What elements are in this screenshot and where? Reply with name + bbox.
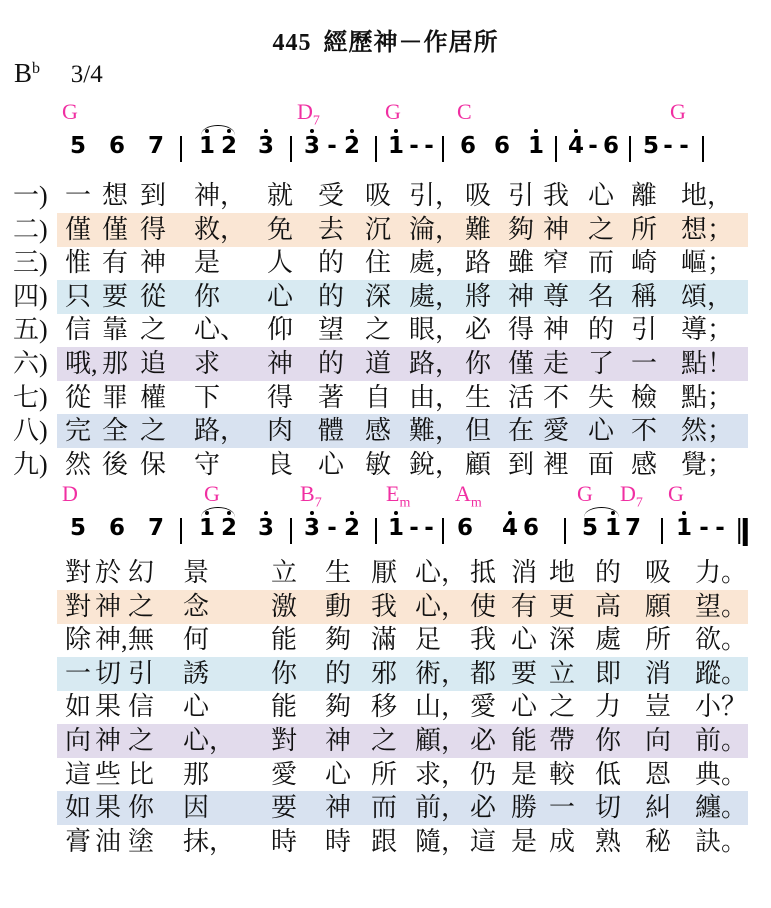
verse-number: 四): [13, 283, 48, 311]
syllable: 這: [470, 828, 496, 856]
syllable: 切: [95, 660, 121, 688]
barline: [442, 136, 444, 162]
syllable: 神，: [194, 182, 246, 210]
syllable: 在: [508, 417, 534, 445]
syllable: 不: [631, 417, 657, 445]
syllable: 的: [325, 660, 351, 688]
syllable: 吸: [365, 182, 391, 210]
syllable: 蹤。: [695, 660, 747, 688]
syllable: 膏: [65, 828, 91, 856]
lyric-line: 膏油塗抹，時時跟隨，這是成熟秘訣。: [0, 825, 771, 859]
syllable: 愛: [470, 693, 496, 721]
syllable: 但: [465, 417, 491, 445]
syllable: 是: [511, 828, 537, 856]
syllable: 顧: [465, 451, 491, 479]
lyric-line: 六)哦,那追求神的道路，你僅走了一點！: [0, 347, 771, 381]
duration-dash: -: [409, 516, 419, 540]
chord-label: D: [62, 482, 78, 506]
syllable: 走: [543, 350, 569, 378]
barline: [555, 136, 557, 162]
syllable: 之: [140, 316, 166, 344]
syllable: 的: [318, 350, 344, 378]
syllable: 對: [271, 727, 297, 755]
syllable: 離: [631, 182, 657, 210]
syllable: 向: [65, 727, 91, 755]
lyric-line: 對神之念激動我心，使有更高願望。: [0, 590, 771, 624]
note-digit: 1: [605, 516, 621, 540]
syllable: 能: [271, 626, 297, 654]
syllable: 神,: [95, 626, 128, 654]
syllable: 心: [511, 626, 537, 654]
syllable: 免: [267, 216, 293, 244]
syllable: 保: [140, 451, 166, 479]
syllable: 生: [465, 384, 491, 412]
note-digit: 1: [388, 516, 404, 540]
syllable: 地，: [681, 182, 733, 210]
syllable: 尊: [543, 283, 569, 311]
note-digit: 2: [221, 134, 237, 158]
syllable: 靠: [102, 316, 128, 344]
syllable: 小？: [695, 693, 747, 721]
syllable: 術，: [415, 660, 467, 688]
syllable: 心: [318, 451, 344, 479]
syllable: 山，: [415, 693, 467, 721]
duration-dash: -: [699, 516, 709, 540]
syllable: 帶: [549, 727, 575, 755]
syllable: 想: [102, 182, 128, 210]
syllable: 路: [465, 249, 491, 277]
music-line-2: DGB7EmAmGD7G5671233-21--6465171--: [0, 482, 771, 560]
verse-number: 六): [13, 350, 48, 378]
chord-label: D7: [620, 482, 643, 508]
syllable: 前。: [695, 727, 747, 755]
syllable: 滿: [371, 626, 397, 654]
syllable: 崎: [631, 249, 657, 277]
syllable: 這: [65, 761, 91, 789]
syllable: 的: [318, 283, 344, 311]
note-digit: 5: [643, 134, 659, 158]
syllable: 是: [511, 761, 537, 789]
syllable: 的: [318, 249, 344, 277]
syllable: 處: [595, 626, 621, 654]
syllable: 要: [511, 660, 537, 688]
syllable: 僅: [508, 350, 534, 378]
note-digit: 1: [528, 134, 544, 158]
syllable: 更: [549, 593, 575, 621]
key-letter: Bb: [14, 58, 40, 88]
syllable: 吸: [645, 559, 671, 587]
syllable: 望: [318, 316, 344, 344]
syllable: 神: [140, 249, 166, 277]
syllable: 必: [465, 316, 491, 344]
syllable: 只: [65, 283, 91, 311]
note-digit: 2: [344, 516, 360, 540]
syllable: 心: [588, 417, 614, 445]
syllable: 成: [549, 828, 575, 856]
chord-label: B7: [300, 482, 322, 508]
music-line-1: GD7GCG5671233-21--6614-65--: [0, 100, 771, 178]
syllable: 厭: [371, 559, 397, 587]
syllable: 念: [183, 593, 209, 621]
syllable: 要: [102, 283, 128, 311]
note-digit: 3: [304, 134, 320, 158]
syllable: 下: [194, 384, 220, 412]
syllable: 神: [543, 216, 569, 244]
syllable: 然；: [681, 417, 733, 445]
slur-arc: [584, 507, 619, 517]
syllable: 求，: [415, 761, 467, 789]
syllable: 神: [508, 283, 534, 311]
syllable: 纏。: [695, 794, 747, 822]
syllable: 引，: [409, 182, 461, 210]
syllable: 吸: [465, 182, 491, 210]
duration-dash: -: [327, 134, 337, 158]
syllable: 難，: [409, 417, 461, 445]
note-digit: 6: [457, 516, 473, 540]
final-barline-thick: [743, 518, 748, 546]
octave-dot: [508, 511, 512, 515]
syllable: 心: [325, 761, 351, 789]
barline: [180, 136, 182, 162]
syllable: 了: [588, 350, 614, 378]
note-digit: 6: [494, 134, 510, 158]
syllable: 而: [371, 794, 397, 822]
syllable: 裡: [543, 451, 569, 479]
hymn-number: 445: [273, 30, 312, 56]
syllable: 名: [588, 283, 614, 311]
note-digit: 6: [109, 516, 125, 540]
syllable: 沉: [365, 216, 391, 244]
syllable: 我: [470, 626, 496, 654]
syllable: 人: [267, 249, 293, 277]
syllable: 完: [65, 417, 91, 445]
syllable: 訣。: [695, 828, 747, 856]
note-digit: 1: [199, 516, 215, 540]
octave-dot: [394, 129, 398, 133]
note-digit: 4: [502, 516, 518, 540]
syllable: 將: [465, 283, 491, 311]
chord-label: G: [204, 482, 220, 506]
octave-dot: [310, 511, 314, 515]
chord-label: G: [385, 100, 401, 124]
syllable: 求: [194, 350, 220, 378]
syllable: 抹，: [183, 828, 235, 856]
note-digit: 1: [676, 516, 692, 540]
syllable: 消: [645, 660, 671, 688]
syllable: 淪，: [409, 216, 461, 244]
syllable: 都: [470, 660, 496, 688]
syllable: 心，: [183, 727, 235, 755]
syllable: 的: [595, 559, 621, 587]
chord-label: G: [668, 482, 684, 506]
lyric-line: 九)然後保守良心敏銳，顧到裡面感覺；: [0, 448, 771, 482]
syllable: 處，: [409, 249, 461, 277]
syllable: 典。: [695, 761, 747, 789]
syllable: 心: [183, 693, 209, 721]
syllable: 著: [318, 384, 344, 412]
syllable: 有: [511, 593, 537, 621]
chord-subscript: 7: [315, 495, 322, 510]
syllable: 深: [365, 283, 391, 311]
syllable: 於: [95, 559, 121, 587]
syllable: 從: [65, 384, 91, 412]
note-digit: 6: [523, 516, 539, 540]
syllable: 神: [95, 593, 121, 621]
syllable: 豈: [645, 693, 671, 721]
syllable: 那: [102, 350, 128, 378]
syllable: 引: [631, 316, 657, 344]
syllable: 糾: [645, 794, 671, 822]
syllable: 所: [645, 626, 671, 654]
syllable: 你: [465, 350, 491, 378]
syllable: 神: [325, 727, 351, 755]
syllable: 神: [95, 727, 121, 755]
lyric-line: 七)從罪權下得著自由，生活不失檢點；: [0, 381, 771, 415]
syllable: 然: [65, 451, 91, 479]
lyric-line: 八)完全之路，肉體感難，但在愛心不然；: [0, 414, 771, 448]
syllable: 心，: [415, 593, 467, 621]
syllable: 權: [140, 384, 166, 412]
syllable: 嶇；: [681, 249, 733, 277]
syllable: 你: [595, 727, 621, 755]
syllable: 果: [95, 693, 121, 721]
syllable: 高: [595, 593, 621, 621]
syllable: 得: [140, 216, 166, 244]
syllable: 消: [511, 559, 537, 587]
syllable: 到: [508, 451, 534, 479]
syllable: 勝: [511, 794, 537, 822]
syllable: 移: [371, 693, 397, 721]
syllable: 哦,: [65, 350, 98, 378]
syllable: 地: [549, 559, 575, 587]
chord-label: G: [670, 100, 686, 124]
barline: [375, 518, 377, 544]
page-title: 445經歷神－作居所: [0, 22, 771, 57]
syllable: 足: [415, 626, 441, 654]
octave-dot: [350, 511, 354, 515]
chord-label: Em: [386, 482, 410, 508]
syllable: 銳，: [409, 451, 461, 479]
syllable: 良: [267, 451, 293, 479]
syllable: 向: [645, 727, 671, 755]
syllable: 神: [543, 316, 569, 344]
note-digit: 5: [70, 134, 86, 158]
syllable: 全: [102, 417, 128, 445]
syllable: 抵: [470, 559, 496, 587]
syllable: 無: [128, 626, 154, 654]
octave-dot: [310, 129, 314, 133]
barline: [442, 518, 444, 544]
syllable: 切: [595, 794, 621, 822]
verse-number: 一): [13, 182, 48, 210]
syllable: 仰: [267, 316, 293, 344]
syllable: 之: [365, 316, 391, 344]
syllable: 秘: [645, 828, 671, 856]
syllable: 除: [65, 626, 91, 654]
syllable: 從: [140, 283, 166, 311]
chord-label: G: [62, 100, 78, 124]
syllable: 點；: [681, 384, 733, 412]
syllable: 立: [549, 660, 575, 688]
syllable: 之: [128, 593, 154, 621]
syllable: 我: [543, 182, 569, 210]
verse-number: 三): [13, 249, 48, 277]
note-digit: 1: [199, 134, 215, 158]
syllable: 所: [371, 761, 397, 789]
syllable: 能: [271, 693, 297, 721]
syllable: 感: [365, 417, 391, 445]
syllable: 體: [318, 417, 344, 445]
barline: [290, 518, 292, 544]
final-barline-thin: [738, 518, 740, 544]
syllable: 路，: [409, 350, 461, 378]
lyric-line: 四)只要從你心的深處，將神尊名稱頌，: [0, 280, 771, 314]
syllable: 道: [365, 350, 391, 378]
syllable: 去: [318, 216, 344, 244]
syllable: 所: [631, 216, 657, 244]
syllable: 必: [470, 727, 496, 755]
syllable: 信: [65, 316, 91, 344]
syllable: 神: [325, 794, 351, 822]
chord-subscript: m: [399, 495, 410, 510]
syllable: 想；: [681, 216, 733, 244]
time-signature: 3/4: [71, 61, 103, 88]
chord-label: Am: [455, 482, 482, 508]
syllable: 一: [65, 660, 91, 688]
syllable: 你: [194, 283, 220, 311]
syllable: 信: [128, 693, 154, 721]
note-digit: 7: [625, 516, 641, 540]
syllable: 欲。: [695, 626, 747, 654]
verse-number: 八): [13, 417, 48, 445]
lyric-line: 一切引誘你的邪術，都要立即消蹤。: [0, 657, 771, 691]
syllable: 的: [588, 316, 614, 344]
syllable: 到: [140, 182, 166, 210]
syllable: 仍: [470, 761, 496, 789]
syllable: 追: [140, 350, 166, 378]
syllable: 心: [511, 693, 537, 721]
syllable: 窄: [543, 249, 569, 277]
syllable: 如: [65, 693, 91, 721]
syllable: 得: [508, 316, 534, 344]
note-digit: 4: [568, 134, 584, 158]
barline: [629, 136, 631, 162]
syllable: 引: [508, 182, 534, 210]
hymn-title: 經歷神－作居所: [324, 30, 499, 56]
syllable: 後: [102, 451, 128, 479]
chord-label: D7: [297, 100, 320, 126]
lyric-line: 如果信心能夠移山，愛心之力豈小？: [0, 690, 771, 724]
duration-dash: -: [409, 134, 419, 158]
syllable: 覺；: [681, 451, 733, 479]
syllable: 立: [271, 559, 297, 587]
octave-dot: [534, 129, 538, 133]
syllable: 較: [549, 761, 575, 789]
syllable: 心: [588, 182, 614, 210]
key-signature-row: Bb 3/4: [14, 58, 103, 89]
syllable: 雖: [508, 249, 534, 277]
barline: [290, 136, 292, 162]
octave-dot: [264, 511, 268, 515]
syllable: 難: [465, 216, 491, 244]
syllable: 住: [365, 249, 391, 277]
syllable: 檢: [631, 384, 657, 412]
octave-dot: [574, 129, 578, 133]
note-digit: 6: [603, 134, 619, 158]
lyric-line: 三)惟有神是人的住處，路雖窄而崎嶇；: [0, 246, 771, 280]
syllable: 你: [128, 794, 154, 822]
duration-dash: -: [424, 134, 434, 158]
note-digit: 6: [109, 134, 125, 158]
syllable: 引: [128, 660, 154, 688]
syllable: 罪: [102, 384, 128, 412]
lyric-line: 除神,無何能夠滿足我心深處所欲。: [0, 623, 771, 657]
syllable: 而: [588, 249, 614, 277]
note-digit: 3: [258, 516, 274, 540]
syllable: 使: [470, 593, 496, 621]
syllable: 導；: [681, 316, 733, 344]
syllable: 必: [470, 794, 496, 822]
syllable: 敏: [365, 451, 391, 479]
duration-dash: -: [679, 134, 689, 158]
syllable: 如: [65, 794, 91, 822]
syllable: 即: [595, 660, 621, 688]
syllable: 願: [645, 593, 671, 621]
syllable: 隨，: [415, 828, 467, 856]
duration-dash: -: [715, 516, 725, 540]
syllable: 我: [371, 593, 397, 621]
syllable: 得: [267, 384, 293, 412]
verse-number: 七): [13, 384, 48, 412]
syllable: 果: [95, 794, 121, 822]
syllable: 失: [588, 384, 614, 412]
note-digit: 7: [148, 516, 164, 540]
octave-dot: [350, 129, 354, 133]
syllable: 望。: [695, 593, 747, 621]
note-digit: 7: [148, 134, 164, 158]
lyric-line: 對於幻景立生厭心，抵消地的吸力。: [0, 556, 771, 590]
chord-label: C: [457, 100, 472, 124]
barline: [661, 518, 663, 544]
syllable: 愛: [271, 761, 297, 789]
syllable: 力: [595, 693, 621, 721]
syllable: 你: [271, 660, 297, 688]
syllable: 之: [549, 693, 575, 721]
syllable: 生: [325, 559, 351, 587]
syllable: 夠: [325, 693, 351, 721]
note-digit: 3: [304, 516, 320, 540]
syllable: 活: [508, 384, 534, 412]
syllable: 夠: [325, 626, 351, 654]
chord-subscript: 7: [636, 495, 643, 510]
syllable: 之: [588, 216, 614, 244]
syllable: 幻: [128, 559, 154, 587]
syllable: 之: [128, 727, 154, 755]
syllable: 力。: [695, 559, 747, 587]
barline: [564, 518, 566, 544]
chord-subscript: m: [471, 495, 482, 510]
syllable: 心: [267, 283, 293, 311]
syllable: 自: [365, 384, 391, 412]
syllable: 之: [371, 727, 397, 755]
syllable: 有: [102, 249, 128, 277]
syllable: 一: [549, 794, 575, 822]
verse-number: 九): [13, 451, 48, 479]
syllable: 顧，: [415, 727, 467, 755]
syllable: 要: [271, 794, 297, 822]
slur-arc: [201, 125, 235, 135]
lyric-line: 如果你因要神而前，必勝一切糾纏。: [0, 791, 771, 825]
